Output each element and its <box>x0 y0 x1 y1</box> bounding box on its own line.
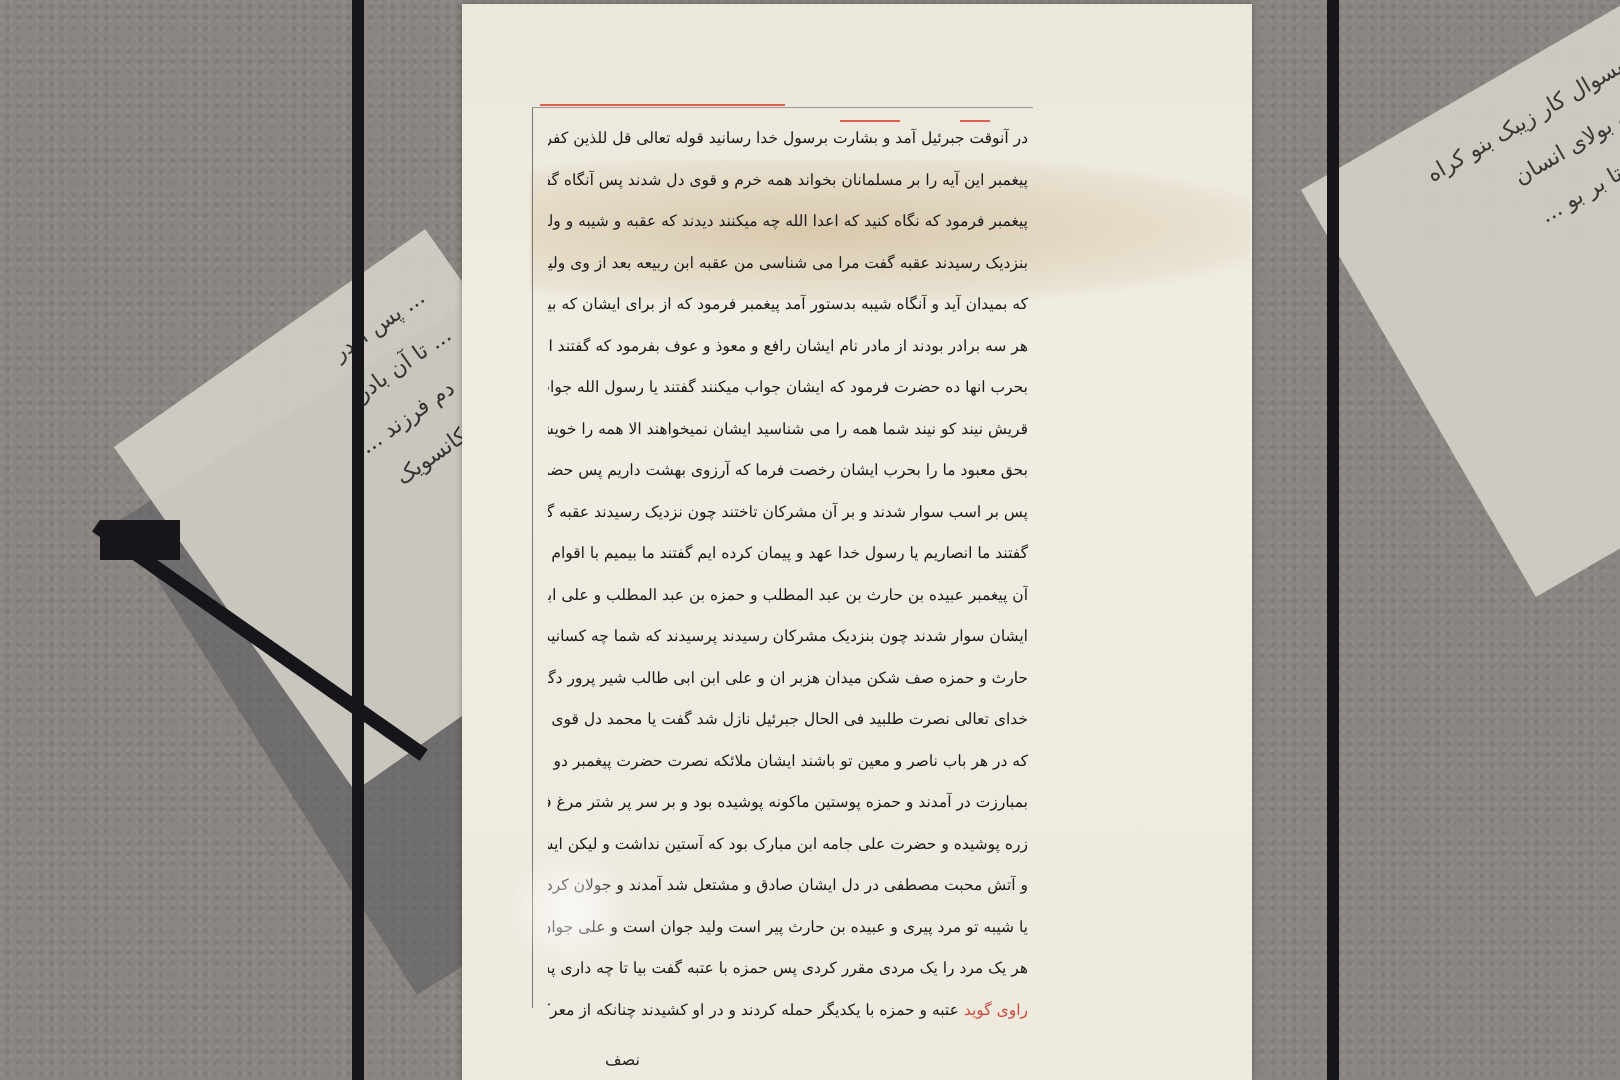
text-line: خدای تعالی نصرت طلبید فی الحال جبرئیل نا… <box>548 701 1028 743</box>
background-manuscript-fragment-right: بسوال کار زیبک بنو کراه بچه بولای انسان … <box>1301 0 1620 597</box>
text-line-final: راوی گوید عتبه و حمزه با یکدیگر حمله کرد… <box>548 992 1028 1034</box>
text-line: حارث و حمزه صف شکن میدان هزبر ان و علی ا… <box>548 660 1028 702</box>
text-line-rest: عتبه و حمزه با یکدیگر حمله کردند و در او… <box>548 1001 959 1019</box>
text-line: هر سه برادر بودند از مادر نام ایشان رافع… <box>548 328 1028 370</box>
rubric-text: راوی گوید <box>964 1001 1028 1019</box>
text-line: قریش نیند کو نیند شما همه را می شناسید ا… <box>548 411 1028 453</box>
text-line: که بمیدان آید و آنگاه شیبه بدستور آمد پی… <box>548 286 1028 328</box>
text-line: ایشان سوار شدند چون بنزدیک مشرکان رسیدند… <box>548 618 1028 660</box>
sleeve-rod-left-vertical <box>352 0 364 1080</box>
catchword: نصف <box>605 1050 640 1069</box>
text-line: بحق معبود ما را بحرب ایشان رخصت فرما که … <box>548 452 1028 494</box>
text-line: آن پیغمبر عبیده بن حارث بن عبد المطلب و … <box>548 577 1028 619</box>
text-line: پیغمبر این آیه را بر مسلمانان بخواند همه… <box>548 162 1028 204</box>
sleeve-rod-right-vertical <box>1327 0 1339 1080</box>
sleeve-rod-bottom-left <box>100 520 180 560</box>
text-line: که در هر باب ناصر و معین تو باشند ایشان … <box>548 743 1028 785</box>
text-line: در آنوقت جبرئیل آمد و بشارت برسول خدا رس… <box>548 120 1028 162</box>
text-line: گفتند ما انصاریم یا رسول خدا عهد و پیمان… <box>548 535 1028 577</box>
text-line: پس بر اسب سوار شدند و بر آن مشرکان تاختن… <box>548 494 1028 536</box>
text-line: پیغمبر فرمود که نگاه کنید که اعدا الله چ… <box>548 203 1028 245</box>
text-line: بنزدیک رسیدند عقبه گفت مرا می شناسی من ع… <box>548 245 1028 287</box>
text-line: بمبارزت در آمدند و حمزه پوستین ماکونه پو… <box>548 784 1028 826</box>
light-glare <box>510 850 630 970</box>
text-line: بحرب انها ده حضرت فرمود که ایشان جواب می… <box>548 369 1028 411</box>
rubric-overline <box>540 104 785 106</box>
